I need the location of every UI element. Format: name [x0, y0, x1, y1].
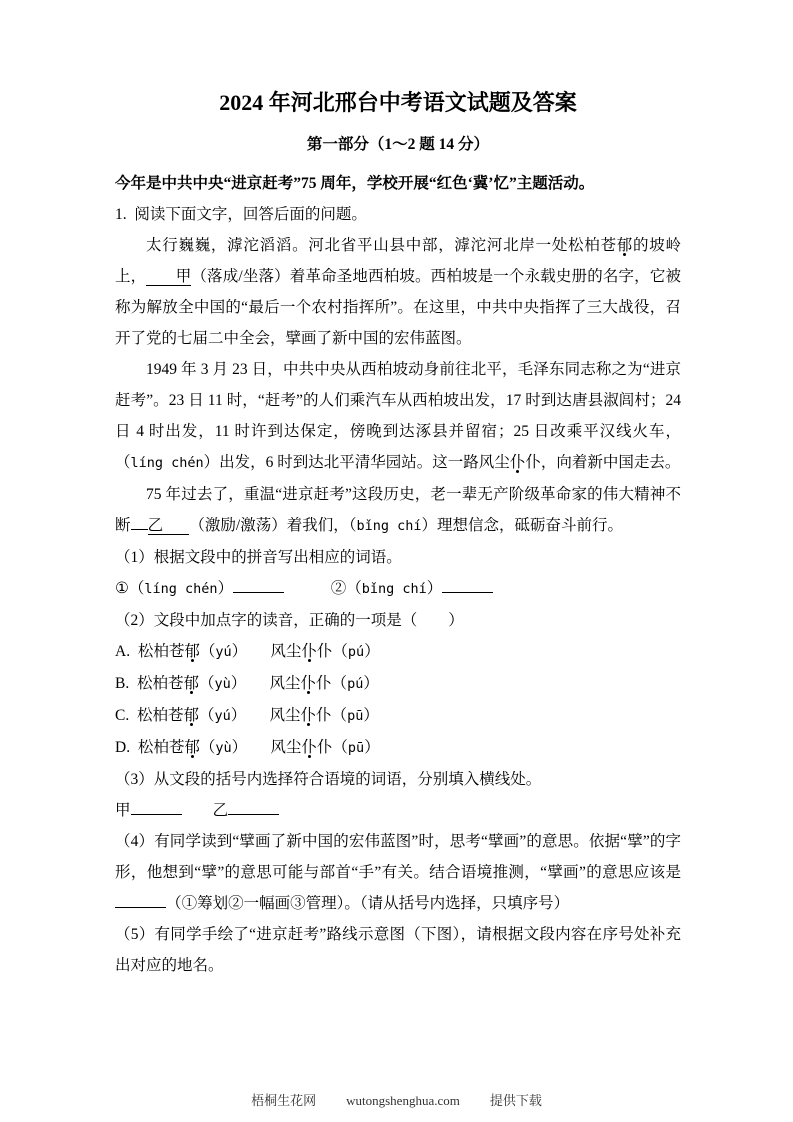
text-segment: ） 风尘: [232, 739, 302, 756]
text-segment: 乙: [213, 802, 229, 819]
text-segment: （: [199, 707, 215, 724]
blank-underline: [131, 514, 148, 531]
text-segment: ②（: [331, 580, 362, 597]
text-segment: （落成/坐落）着革命圣地西柏坡。西柏坡是一个永载史册的名字，它被称为解放全中国的…: [115, 268, 681, 347]
text-segment: pū: [347, 708, 363, 724]
sub-question-1-blanks: ①（líng chén） ②（bǐng chí）: [115, 573, 681, 605]
emphasis-dot-char: 仆: [301, 643, 317, 660]
text-segment: （: [199, 675, 215, 692]
text-segment: bǐng chí: [362, 581, 427, 597]
text-segment: 仆（: [316, 675, 347, 692]
document-content: 2024 年河北邢台中考语文试题及答案 第一部分（1～2 题 14 分） 今年是…: [0, 0, 793, 981]
text-segment: ）: [218, 580, 234, 597]
text-segment: A. 松柏苍: [115, 643, 184, 660]
question-1-lead: 1. 阅读下面文字，回答后面的问题。: [115, 199, 681, 230]
option-c: C. 松柏苍郁（yú） 风尘仆仆（pū）: [115, 700, 681, 732]
text-segment: （: [200, 643, 216, 660]
footer-download-text: 提供下载: [490, 1092, 542, 1110]
blank-underline: [131, 799, 182, 816]
sub-question-3-blanks: 甲 乙: [115, 795, 681, 826]
text-segment: ）: [364, 739, 380, 756]
page-title: 2024 年河北邢台中考语文试题及答案: [115, 88, 681, 118]
text-segment: líng chén: [144, 581, 217, 597]
sub-question-5: （5）有同学手绘了“进京赶考”路线示意图（下图），请根据文段内容在序号处补充出对…: [115, 919, 681, 981]
emphasis-dot-char: 郁: [183, 675, 199, 692]
passage-paragraph-2: 1949 年 3 月 23 日，中共中央从西柏坡动身前往北平，毛泽东同志称之为“…: [115, 354, 681, 479]
underlined-label: 乙: [148, 517, 190, 535]
text-segment: （①筹划②一幅画③管理）。（请从括号内选择，只填序号）: [166, 895, 569, 912]
text-segment: （: [200, 739, 216, 756]
text-segment: C. 松柏苍: [115, 707, 183, 724]
emphasis-dot-char: 郁: [184, 643, 200, 660]
sub-question-1-stem: （1）根据文段中的拼音写出相应的词语。: [115, 542, 681, 573]
text-segment: ）: [427, 580, 443, 597]
text-segment: líng chén: [131, 455, 204, 471]
emphasis-dot-char: 郁: [183, 707, 199, 724]
sub-question-4: （4）有同学读到“擘画了新中国的宏伟蓝图”时，思考“擘画”的意思。依据“擘”的字…: [115, 826, 681, 919]
text-segment: B. 松柏苍: [115, 675, 183, 692]
blank-underline: [115, 892, 166, 909]
emphasis-dot-char: 仆: [301, 675, 317, 692]
intro-line: 今年是中共中央“进京赶考”75 周年，学校开展“红色‘冀’忆”主题活动。: [115, 168, 681, 199]
sub-question-2-stem: （2）文段中加点字的读音，正确的一项是（ ）: [115, 605, 681, 636]
emphasis-dot-char: 仆: [301, 739, 317, 756]
text-segment: 仆（: [317, 643, 348, 660]
text-segment: ） 风尘: [232, 643, 302, 660]
text-segment: D. 松柏苍: [115, 739, 184, 756]
text-segment: [182, 802, 213, 819]
text-segment: ①（: [115, 580, 144, 597]
footer-site-url: wutongshenghua.com: [346, 1092, 460, 1110]
text-segment: 甲: [115, 802, 131, 819]
text-segment: yú: [215, 708, 231, 724]
text-segment: （激励/激荡）着我们，（: [189, 517, 356, 534]
text-segment: pú: [347, 676, 363, 692]
text-segment: 仆（: [317, 739, 348, 756]
emphasis-dot-char: 郁: [184, 739, 200, 756]
blank-underline: [442, 577, 493, 594]
page-footer: 梧桐生花网 wutongshenghua.com 提供下载: [0, 1092, 793, 1110]
blank-underline: [228, 799, 279, 816]
text-segment: pū: [348, 740, 364, 756]
sub-question-3-stem: （3）从文段的括号内选择符合语境的词语，分别填入横线处。: [115, 764, 681, 795]
option-d: D. 松柏苍郁（yù） 风尘仆仆（pū）: [115, 732, 681, 764]
text-segment: bǐng chí: [356, 518, 421, 534]
text-segment: （4）有同学读到“擘画了新中国的宏伟蓝图”时，思考“擘画”的意思。依据“擘”的字…: [115, 833, 681, 881]
text-segment: ） 风尘: [231, 675, 301, 692]
text-segment: ）: [363, 707, 379, 724]
text-segment: 仆，向着新中国走去。: [525, 454, 680, 471]
text-segment: [284, 580, 331, 597]
text-segment: ）出发，6 时到达北平清华园站。这一路风尘: [204, 454, 510, 471]
text-segment: yú: [215, 644, 231, 660]
text-segment: pú: [348, 644, 364, 660]
text-segment: ）理想信念，砥砺奋斗前行。: [422, 517, 624, 534]
passage-paragraph-1: 太行巍巍，滹沱滔滔。河北省平山县中部，滹沱河北岸一处松柏苍郁的坡岭上，甲（落成/…: [115, 230, 681, 354]
text-segment: ） 风尘: [231, 707, 301, 724]
passage-paragraph-3: 75 年过去了，重温“进京赶考”这段历史，老一辈无产阶级革命家的伟大精神不断乙（…: [115, 479, 681, 542]
emphasis-dot-char: 郁: [617, 237, 633, 254]
blank-underline: [233, 577, 284, 594]
emphasis-dot-char: 仆: [510, 454, 526, 471]
text-segment: 仆（: [316, 707, 347, 724]
emphasis-dot-char: 仆: [301, 707, 317, 724]
text-segment: yù: [215, 740, 231, 756]
text-segment: 太行巍巍，滹沱滔滔。河北省平山县中部，滹沱河北岸一处松柏苍: [146, 237, 617, 254]
text-segment: yù: [215, 676, 231, 692]
footer-site-name: 梧桐生花网: [251, 1092, 316, 1110]
text-segment: ）: [364, 643, 380, 660]
option-a: A. 松柏苍郁（yú） 风尘仆仆（pú）: [115, 636, 681, 668]
text-segment: ）: [363, 675, 379, 692]
option-b: B. 松柏苍郁（yù） 风尘仆仆（pú）: [115, 668, 681, 700]
section-header: 第一部分（1～2 题 14 分）: [115, 132, 681, 158]
exam-document-page: 2024 年河北邢台中考语文试题及答案 第一部分（1～2 题 14 分） 今年是…: [0, 0, 793, 1122]
underlined-label: 甲: [146, 268, 191, 286]
